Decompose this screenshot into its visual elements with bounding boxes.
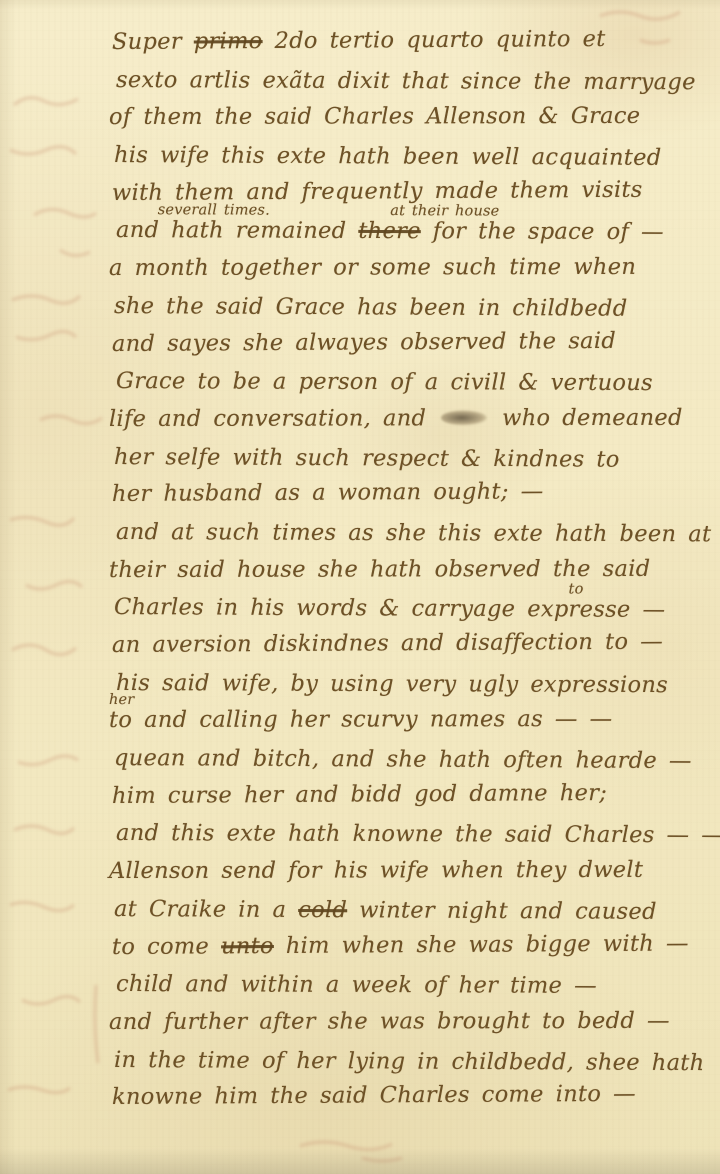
page-edge-top	[0, 0, 720, 10]
manuscript-line: his said wife, by using very ugly expres…	[116, 665, 712, 705]
manuscript-line: him curse her and bidd god damne her;	[112, 774, 712, 815]
manuscript-line: and this exte hath knowne the said Charl…	[116, 815, 712, 855]
manuscript-line: and sayes she alwayes observed the said	[112, 322, 712, 363]
struck-text: primo	[194, 28, 263, 54]
manuscript-text: of them the said Charles Allenson & Grac…	[109, 103, 640, 130]
manuscript-text: at Craike in a	[114, 896, 298, 923]
manuscript-text: sexto artlis exãta dixit that since the …	[116, 67, 696, 95]
manuscript-text: and hath remained	[116, 217, 358, 244]
manuscript-line: and at such times as she this exte hath …	[116, 514, 712, 554]
interlinear-insertion: to	[569, 583, 584, 598]
manuscript-text: life and conversation, and	[109, 405, 438, 432]
manuscript-line: severall times.at their houseand hath re…	[116, 212, 712, 252]
manuscript-text: and further after she was brought to bed…	[109, 1008, 670, 1035]
manuscript-text: knowne him the said Charles come into —	[112, 1081, 636, 1110]
manuscript-line: Super primo 2do tertio quarto quinto et	[112, 20, 712, 61]
manuscript-line: an aversion diskindnes and disaffection …	[112, 623, 712, 664]
manuscript-text: his wife this exte hath been well acquai…	[114, 142, 662, 171]
interlinear-insertion: her	[109, 693, 134, 708]
manuscript-text: she the said Grace has been in childbedd	[114, 293, 628, 322]
manuscript-text: their said house she hath observed the s…	[109, 555, 650, 582]
manuscript-text: who demeaned	[490, 405, 683, 431]
manuscript-line: knowne him the said Charles come into —	[112, 1076, 712, 1117]
manuscript-text: him curse her and bidd god damne her;	[112, 780, 607, 809]
manuscript-text: and sayes she alwayes observed the said	[112, 327, 616, 356]
manuscript-line: Grace to be a person of a civill & vertu…	[116, 363, 712, 403]
manuscript-text: his said wife, by using very ugly expres…	[116, 670, 668, 698]
manuscript-line: of them the said Charles Allenson & Grac…	[109, 98, 712, 137]
manuscript-text: an aversion diskindnes and disaffection …	[112, 629, 663, 658]
manuscript-line: life and conversation, and who demeaned	[109, 400, 712, 439]
manuscript-line: sexto artlis exãta dixit that since the …	[116, 62, 712, 102]
manuscript-line: Allenson send for his wife when they dwe…	[109, 852, 712, 891]
manuscript-page: Super primo 2do tertio quarto quinto ets…	[0, 0, 720, 1174]
page-edge-bottom	[0, 1148, 720, 1174]
interlinear-insertion: severall times.	[158, 204, 270, 219]
manuscript-line: their said house she hath observed the s…	[109, 550, 712, 589]
manuscript-text: her selfe with such respect & kindnes to	[114, 444, 620, 473]
manuscript-text: winter night and caused	[347, 897, 657, 925]
struck-text: there	[358, 218, 421, 244]
manuscript-text: Grace to be a person of a civill & vertu…	[116, 368, 653, 396]
manuscript-text: Allenson send for his wife when they dwe…	[109, 857, 643, 884]
manuscript-text: quean and bitch, and she hath often hear…	[114, 745, 692, 774]
manuscript-text: him when she was bigge with —	[274, 930, 689, 959]
manuscript-text: Charles in his words & carryage expresse…	[114, 594, 665, 623]
manuscript-line: herto and calling her scurvy names as — …	[109, 701, 712, 740]
manuscript-text: her husband as a woman ought; —	[112, 479, 544, 508]
manuscript-line: and further after she was brought to bed…	[109, 1003, 712, 1042]
struck-text: cold	[298, 897, 347, 923]
manuscript-line: a month together or some such time when	[109, 249, 712, 288]
text-block: Super primo 2do tertio quarto quinto ets…	[112, 24, 712, 1117]
manuscript-text: for the space of —	[421, 219, 664, 246]
ink-blot	[441, 410, 487, 425]
struck-text: unto	[221, 933, 274, 959]
manuscript-line: to come unto him when she was bigge with…	[112, 925, 712, 966]
manuscript-text: in the time of her lying in childbedd, s…	[114, 1047, 705, 1076]
manuscript-text: to and calling her scurvy names as — —	[109, 706, 613, 733]
page-edge-left	[0, 0, 16, 1174]
manuscript-line: child and within a week of her time —	[116, 966, 712, 1006]
manuscript-text: 2do tertio quarto quinto et	[263, 26, 606, 54]
interlinear-insertion: at their house	[390, 204, 499, 219]
manuscript-text: to come	[112, 933, 221, 960]
manuscript-line: her husband as a woman ought; —	[112, 473, 712, 514]
manuscript-text: and at such times as she this exte hath …	[116, 519, 711, 547]
manuscript-text: and this exte hath knowne the said Charl…	[116, 820, 720, 848]
manuscript-text: Super	[112, 29, 194, 55]
manuscript-text: a month together or some such time when	[109, 254, 636, 281]
manuscript-text: child and within a week of her time —	[116, 971, 597, 999]
